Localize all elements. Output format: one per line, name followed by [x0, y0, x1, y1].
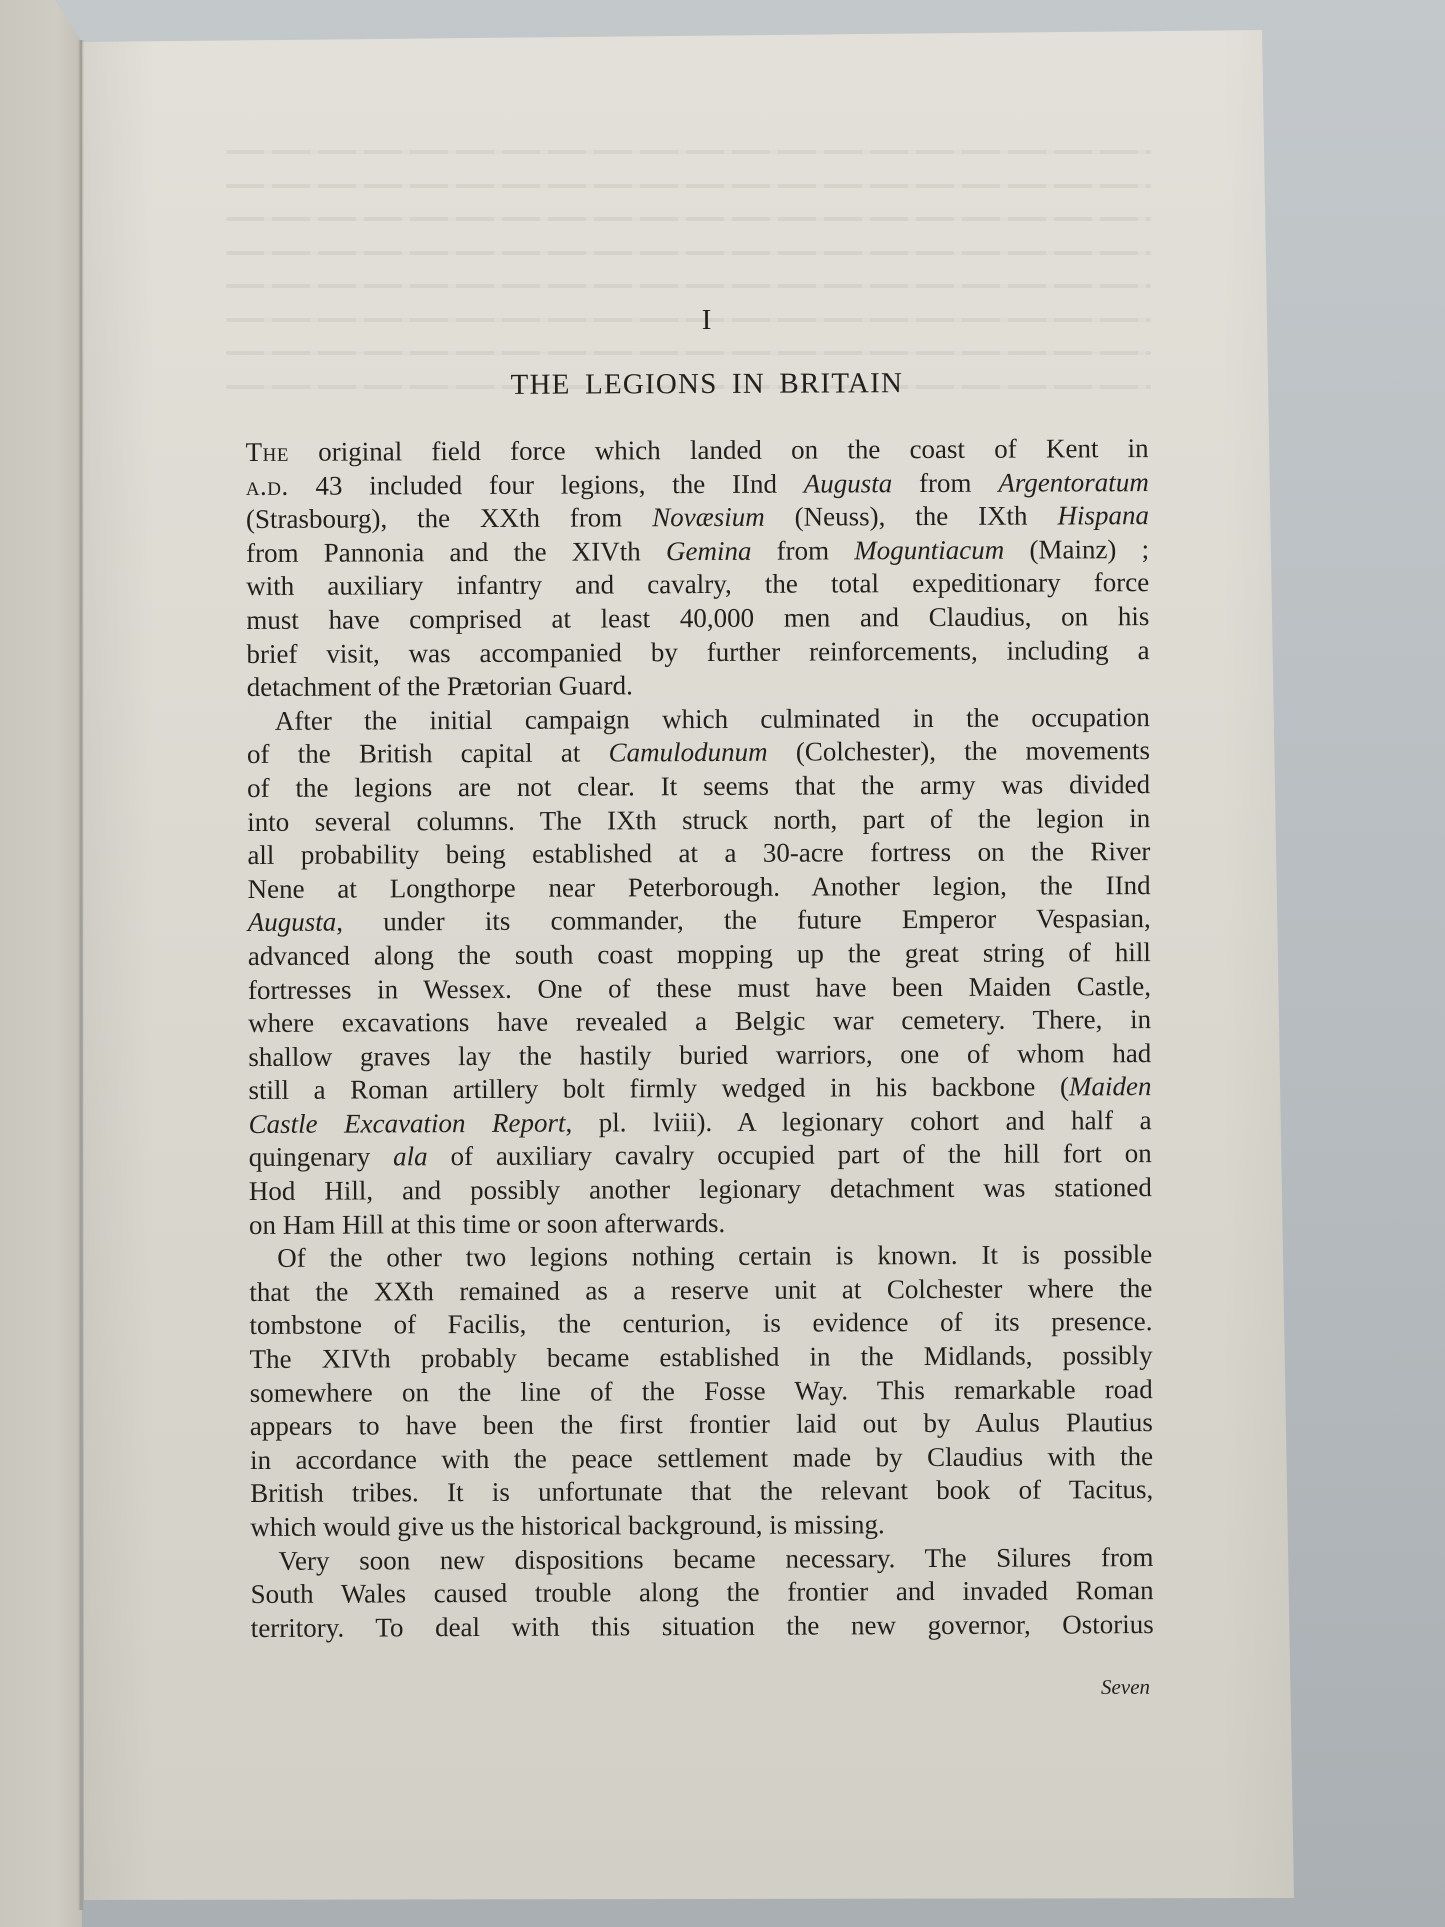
- text-line: must have comprised at least 40,000 men …: [246, 600, 1149, 638]
- text-line: of the legions are not clear. It seems t…: [247, 768, 1150, 806]
- text-line: South Wales caused trouble along the fro…: [251, 1574, 1154, 1612]
- text-line: brief visit, was accompanied by further …: [246, 634, 1149, 672]
- chapter-title: THE LEGIONS IN BRITAIN: [265, 365, 1148, 403]
- text-run: , under its commander, the future Empero…: [336, 903, 1151, 937]
- italic-term: Hispana: [1057, 500, 1149, 530]
- text-run: somewhere on the line of the Fosse Way. …: [250, 1374, 1153, 1408]
- text-run: shallow graves lay the hastily buried wa…: [248, 1038, 1151, 1072]
- text-run: After the initial campaign which culmina…: [275, 702, 1150, 736]
- text-line: territory. To deal with this situation t…: [251, 1608, 1154, 1646]
- text-line: where excavations have revealed a Belgic…: [248, 1003, 1151, 1041]
- text-run: from: [751, 535, 854, 565]
- text-line: Hod Hill, and possibly another legionary…: [249, 1171, 1152, 1209]
- text-run: British tribes. It is unfortunate that t…: [250, 1474, 1153, 1508]
- text-line: appears to have been the first frontier …: [250, 1406, 1153, 1444]
- text-run: still a Roman artillery bolt firmly wedg…: [248, 1072, 1069, 1106]
- text-line: (Strasbourg), the XXth from Novæsium (Ne…: [246, 499, 1149, 537]
- text-run: Nene at Longthorpe near Peterborough. An…: [247, 870, 1150, 904]
- italic-term: Gemina: [666, 536, 752, 566]
- paragraph: Of the other two legions nothing certain…: [249, 1238, 1153, 1544]
- text-run: Very soon new dispositions became necess…: [278, 1542, 1153, 1576]
- text-line: Very soon new dispositions became necess…: [250, 1541, 1153, 1579]
- text-line: which would give us the historical backg…: [250, 1507, 1153, 1545]
- paragraph: Very soon new dispositions became necess…: [250, 1541, 1153, 1646]
- book-gutter: [78, 40, 84, 1910]
- text-run: tombstone of Facilis, the centurion, is …: [249, 1306, 1152, 1340]
- text-line: a.d. 43 included four legions, the IInd …: [246, 466, 1149, 504]
- text-line: quingenary ala of auxiliary cavalry occu…: [249, 1138, 1152, 1176]
- text-run: of auxiliary cavalry occupied part of th…: [428, 1139, 1152, 1172]
- text-line: from Pannonia and the XIVth Gemina from …: [246, 533, 1149, 571]
- text-line: fortresses in Wessex. One of these must …: [248, 970, 1151, 1008]
- text-line: The XIVth probably became established in…: [250, 1339, 1153, 1377]
- italic-term: Maiden: [1069, 1071, 1152, 1101]
- text-line: into several columns. The IXth struck no…: [247, 802, 1150, 840]
- text-run: (Neuss), the IXth: [765, 501, 1058, 532]
- text-run: 43 included four legions, the IInd: [289, 468, 804, 500]
- text-run: which would give us the historical backg…: [250, 1509, 885, 1542]
- page-folio: Seven: [1040, 1675, 1150, 1700]
- text-run: The XIVth probably became established in…: [250, 1340, 1153, 1374]
- text-run: fortresses in Wessex. One of these must …: [248, 971, 1151, 1005]
- text-run: quingenary: [249, 1142, 394, 1173]
- paragraph: After the initial campaign which culmina…: [247, 701, 1152, 1242]
- text-run: (Strasbourg), the XXth from: [246, 502, 652, 534]
- text-run: of the legions are not clear. It seems t…: [247, 769, 1150, 803]
- text-run: where excavations have revealed a Belgic…: [248, 1004, 1151, 1038]
- chapter-number: I: [265, 301, 1148, 339]
- text-line: The original field force which landed on…: [246, 432, 1149, 470]
- italic-term: Castle Excavation Report: [249, 1107, 566, 1138]
- small-caps-text: a.d.: [246, 470, 289, 500]
- text-line: Of the other two legions nothing certain…: [249, 1238, 1152, 1276]
- text-line: Nene at Longthorpe near Peterborough. An…: [247, 869, 1150, 907]
- text-line: that the XXth remained as a reserve unit…: [249, 1272, 1152, 1310]
- text-run: advanced along the south coast mopping u…: [248, 937, 1151, 971]
- text-run: from Pannonia and the XIVth: [246, 536, 666, 568]
- italic-term: Camulodunum: [609, 737, 768, 768]
- text-run: of the British capital at: [247, 738, 609, 770]
- text-line: Augusta, under its commander, the future…: [248, 902, 1151, 940]
- text-run: (Mainz) ;: [1004, 534, 1149, 565]
- text-line: on Ham Hill at this time or soon afterwa…: [249, 1205, 1152, 1243]
- left-facing-page: [0, 0, 82, 1927]
- paragraph: The original field force which landed on…: [246, 432, 1150, 705]
- text-line: detachment of the Prætorian Guard.: [247, 667, 1150, 705]
- text-line: with auxiliary infantry and cavalry, the…: [246, 566, 1149, 604]
- text-run: brief visit, was accompanied by further …: [246, 635, 1149, 669]
- body-text: The original field force which landed on…: [246, 432, 1154, 1645]
- text-run: territory. To deal with this situation t…: [251, 1609, 1154, 1643]
- text-line: shallow graves lay the hastily buried wa…: [248, 1037, 1151, 1075]
- text-line: of the British capital at Camulodunum (C…: [247, 734, 1150, 772]
- small-caps-text: The: [246, 437, 289, 467]
- text-line: After the initial campaign which culmina…: [247, 701, 1150, 739]
- text-run: detachment of the Prætorian Guard.: [247, 670, 633, 702]
- italic-term: Argentoratum: [998, 467, 1149, 498]
- text-run: appears to have been the first frontier …: [250, 1407, 1153, 1441]
- text-line: Castle Excavation Report, pl. lviii). A …: [249, 1104, 1152, 1142]
- text-run: into several columns. The IXth struck no…: [247, 803, 1150, 837]
- text-line: British tribes. It is unfortunate that t…: [250, 1473, 1153, 1511]
- text-line: somewhere on the line of the Fosse Way. …: [250, 1373, 1153, 1411]
- italic-term: Novæsium: [652, 502, 765, 532]
- text-run: Hod Hill, and possibly another legionary…: [249, 1172, 1152, 1206]
- text-run: original field force which landed on the…: [289, 433, 1149, 467]
- text-run: must have comprised at least 40,000 men …: [246, 601, 1149, 635]
- text-run: from: [892, 467, 998, 497]
- text-run: (Colchester), the movements: [768, 735, 1151, 767]
- italic-term: Augusta: [804, 468, 893, 498]
- text-run: Of the other two legions nothing certain…: [277, 1239, 1152, 1273]
- italic-term: Augusta: [248, 907, 337, 937]
- text-line: all probability being established at a 3…: [247, 835, 1150, 873]
- text-run: all probability being established at a 3…: [247, 836, 1150, 870]
- italic-term: Moguntiacum: [854, 534, 1004, 565]
- text-line: advanced along the south coast mopping u…: [248, 936, 1151, 974]
- page-text-block: I THE LEGIONS IN BRITAIN The original fi…: [245, 301, 1154, 1645]
- text-run: on Ham Hill at this time or soon afterwa…: [249, 1208, 725, 1240]
- text-run: , pl. lviii). A legionary cohort and hal…: [565, 1105, 1151, 1138]
- text-line: tombstone of Facilis, the centurion, is …: [249, 1305, 1152, 1343]
- text-line: still a Roman artillery bolt firmly wedg…: [248, 1070, 1151, 1108]
- text-run: with auxiliary infantry and cavalry, the…: [246, 567, 1149, 601]
- text-run: South Wales caused trouble along the fro…: [251, 1575, 1154, 1609]
- text-run: that the XXth remained as a reserve unit…: [249, 1273, 1152, 1307]
- text-line: in accordance with the peace settlement …: [250, 1440, 1153, 1478]
- text-run: in accordance with the peace settlement …: [250, 1441, 1153, 1475]
- italic-term: ala: [393, 1142, 428, 1172]
